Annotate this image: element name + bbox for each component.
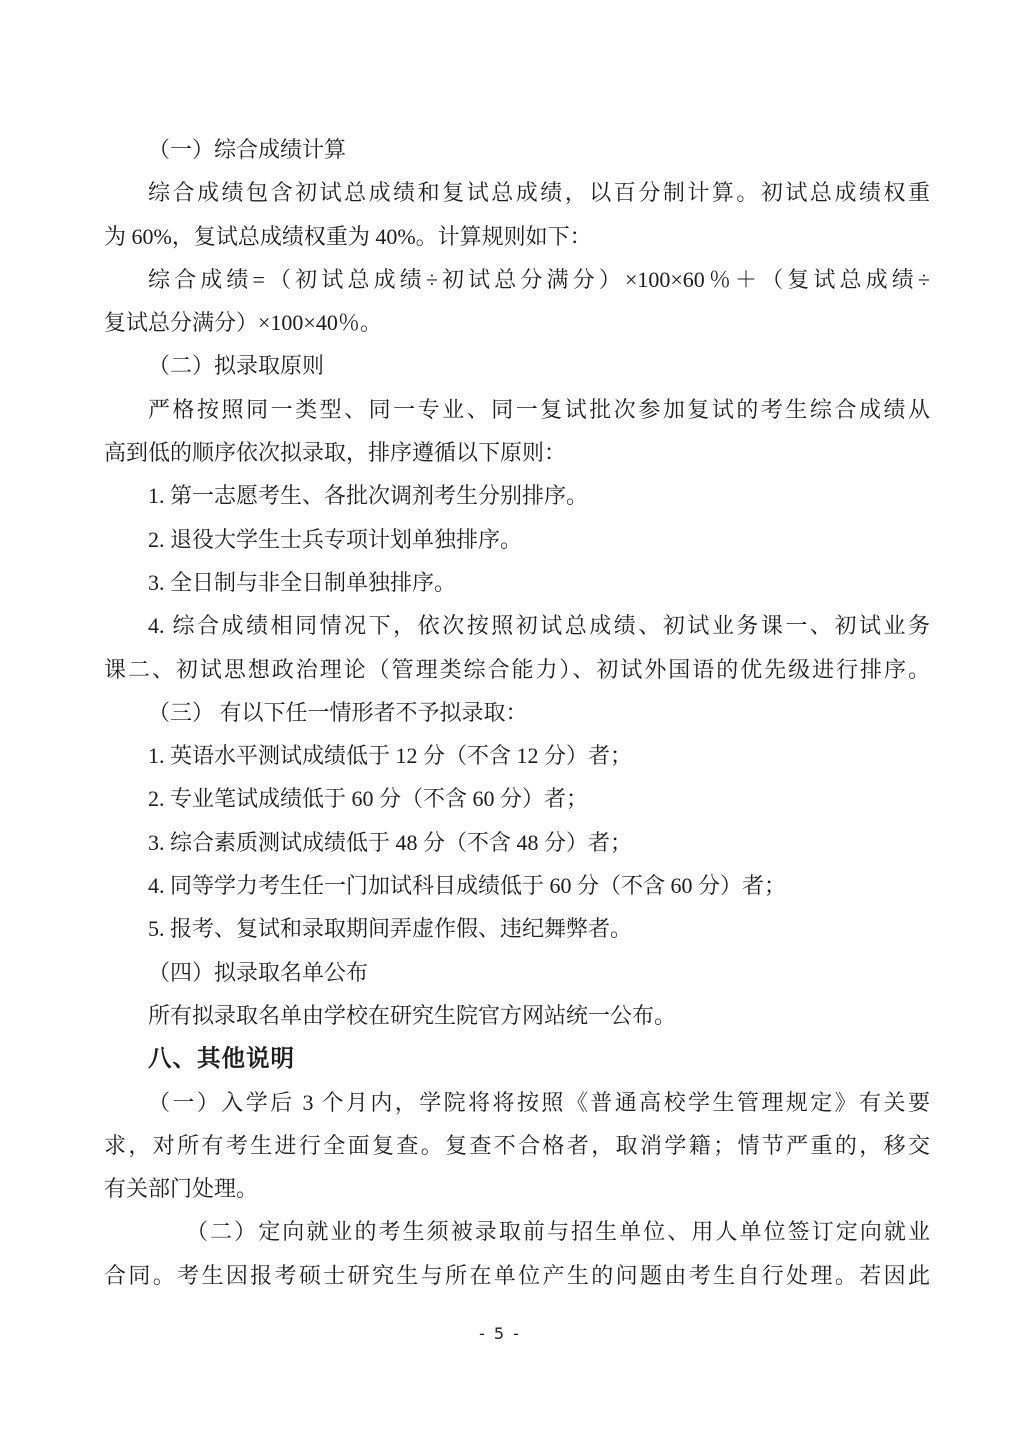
text-line: 高到低的顺序依次拟录取，排序遵循以下原则： [104,431,930,474]
page-number: - 5 - [0,1324,1000,1343]
list-item-line: 1. 第一志愿考生、各批次调剂考生分别排序。 [104,474,930,517]
list-item-line: 2. 专业笔试成绩低于 60 分（不含 60 分）者； [104,777,930,820]
text-line: （二）定向就业的考生须被录取前与招生单位、用人单位签订定向就业 [104,1210,930,1253]
subheading-line: （二）拟录取原则 [104,344,930,387]
text-line: 所有拟录取名单由学校在研究生院官方网站统一公布。 [104,994,930,1037]
text-line: 综合成绩包含初试总成绩和复试总成绩，以百分制计算。初试总成绩权重 [104,171,930,214]
subheading-line: （三） 有以下任一情形者不予拟录取： [104,691,930,734]
text-line: 课二、初试思想政治理论（管理类综合能力）、初试外国语的优先级进行排序。 [104,648,930,691]
list-item-line: 3. 全日制与非全日制单独排序。 [104,561,930,604]
list-item-line: 3. 综合素质测试成绩低于 48 分（不含 48 分）者； [104,821,930,864]
list-item-line: 2. 退役大学生士兵专项计划单独排序。 [104,518,930,561]
text-line: 求，对所有考生进行全面复查。复查不合格者，取消学籍；情节严重的，移交 [104,1124,930,1167]
document-body: （一）综合成绩计算综合成绩包含初试总成绩和复试总成绩，以百分制计算。初试总成绩权… [104,128,930,1297]
list-item-line: 5. 报考、复试和录取期间弄虚作假、违纪舞弊者。 [104,907,930,950]
section-heading: 八、其他说明 [104,1037,930,1080]
list-item-line: 4. 同等学力考生任一门加试科目成绩低于 60 分（不含 60 分）者； [104,864,930,907]
subheading-line: （一）综合成绩计算 [104,128,930,171]
text-line: 有关部门处理。 [104,1167,930,1210]
text-line: 合同。考生因报考硕士研究生与所在单位产生的问题由考生自行处理。若因此 [104,1254,930,1297]
subheading-line: （四）拟录取名单公布 [104,951,930,994]
text-line: 严格按照同一类型、同一专业、同一复试批次参加复试的考生综合成绩从 [104,388,930,431]
list-item-line: 1. 英语水平测试成绩低于 12 分（不含 12 分）者； [104,734,930,777]
text-line: （一）入学后 3 个月内，学院将将按照《普通高校学生管理规定》有关要 [104,1081,930,1124]
text-line: 为 60%，复试总成绩权重为 40%。计算规则如下： [104,215,930,258]
list-item-line: 4. 综合成绩相同情况下，依次按照初试总成绩、初试业务课一、初试业务 [104,604,930,647]
text-line: 综合成绩=（初试总成绩÷初试总分满分）×100×60％＋（复试总成绩÷ [104,258,930,301]
text-line: 复试总分满分）×100×40％。 [104,301,930,344]
